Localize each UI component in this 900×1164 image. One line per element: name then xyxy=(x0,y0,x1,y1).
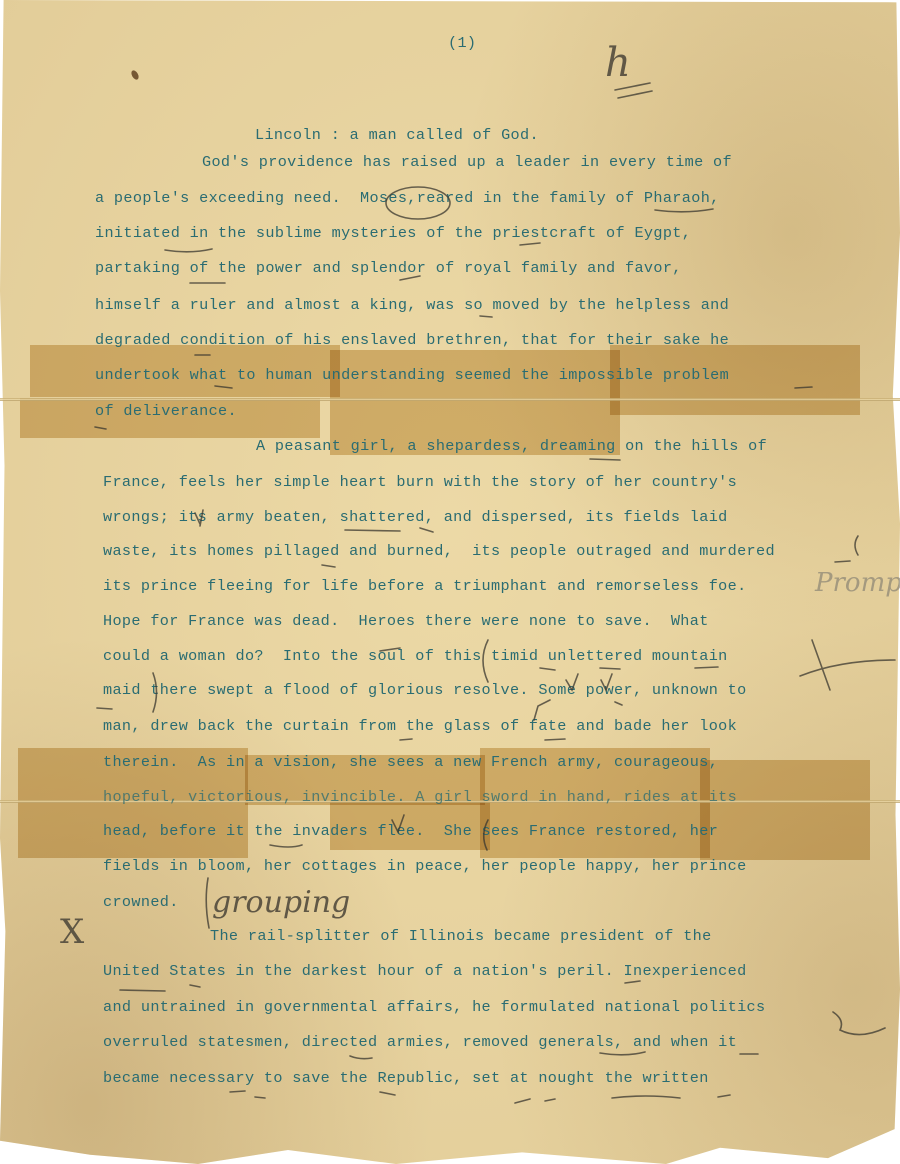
text-line: United States in the darkest hour of a n… xyxy=(103,964,747,979)
text-line: could a woman do? Into the soul of this … xyxy=(103,649,728,664)
text-line: hopeful, victorious, invincible. A girl … xyxy=(103,790,737,805)
text-line: initiated in the sublime mysteries of th… xyxy=(95,226,691,241)
text-line: France, feels her simple heart burn with… xyxy=(103,475,737,490)
text-line: God's providence has raised up a leader … xyxy=(202,155,732,170)
text-line: man, drew back the curtain from the glas… xyxy=(103,719,737,734)
text-line: its prince fleeing for life before a tri… xyxy=(103,579,747,594)
text-line: maid there swept a flood of glorious res… xyxy=(103,683,747,698)
text-line: overruled statesmen, directed armies, re… xyxy=(103,1035,737,1050)
text-line: crowned. xyxy=(103,895,179,910)
page-number: (1) xyxy=(448,36,476,51)
tape-strip xyxy=(700,760,870,860)
text-line: Hope for France was dead. Heroes there w… xyxy=(103,614,709,629)
text-line: and untrained in governmental affairs, h… xyxy=(103,1000,765,1015)
text-line: of deliverance. xyxy=(95,404,237,419)
text-line: partaking of the power and splendor of r… xyxy=(95,261,682,276)
handwritten-grouping-note: grouping xyxy=(212,885,350,920)
text-line: The rail-splitter of Illinois became pre… xyxy=(210,929,712,944)
handwritten-x-mark: X xyxy=(60,912,84,952)
text-line: therein. As in a vision, she sees a new … xyxy=(103,755,718,770)
text-line: undertook what to human understanding se… xyxy=(95,368,729,383)
text-line: A peasant girl, a shepardess, dreaming o… xyxy=(256,439,767,454)
text-line: a people's exceeding need. Moses,reared … xyxy=(95,191,720,206)
text-line: himself a ruler and almost a king, was s… xyxy=(95,298,729,313)
fold-line xyxy=(0,398,900,401)
text-line: head, before it the invaders flee. She s… xyxy=(103,824,718,839)
document-title: Lincoln : a man called of God. xyxy=(255,128,539,143)
text-line: wrongs; its army beaten, shattered, and … xyxy=(103,510,728,525)
handwritten-prompt-note: Prompt xyxy=(815,568,900,598)
handwritten-h-mark: h xyxy=(605,40,631,86)
text-line: waste, its homes pillaged and burned, it… xyxy=(103,544,775,559)
text-line: became necessary to save the Republic, s… xyxy=(103,1071,709,1086)
text-line: degraded condition of his enslaved breth… xyxy=(95,333,729,348)
text-line: fields in bloom, her cottages in peace, … xyxy=(103,859,747,874)
